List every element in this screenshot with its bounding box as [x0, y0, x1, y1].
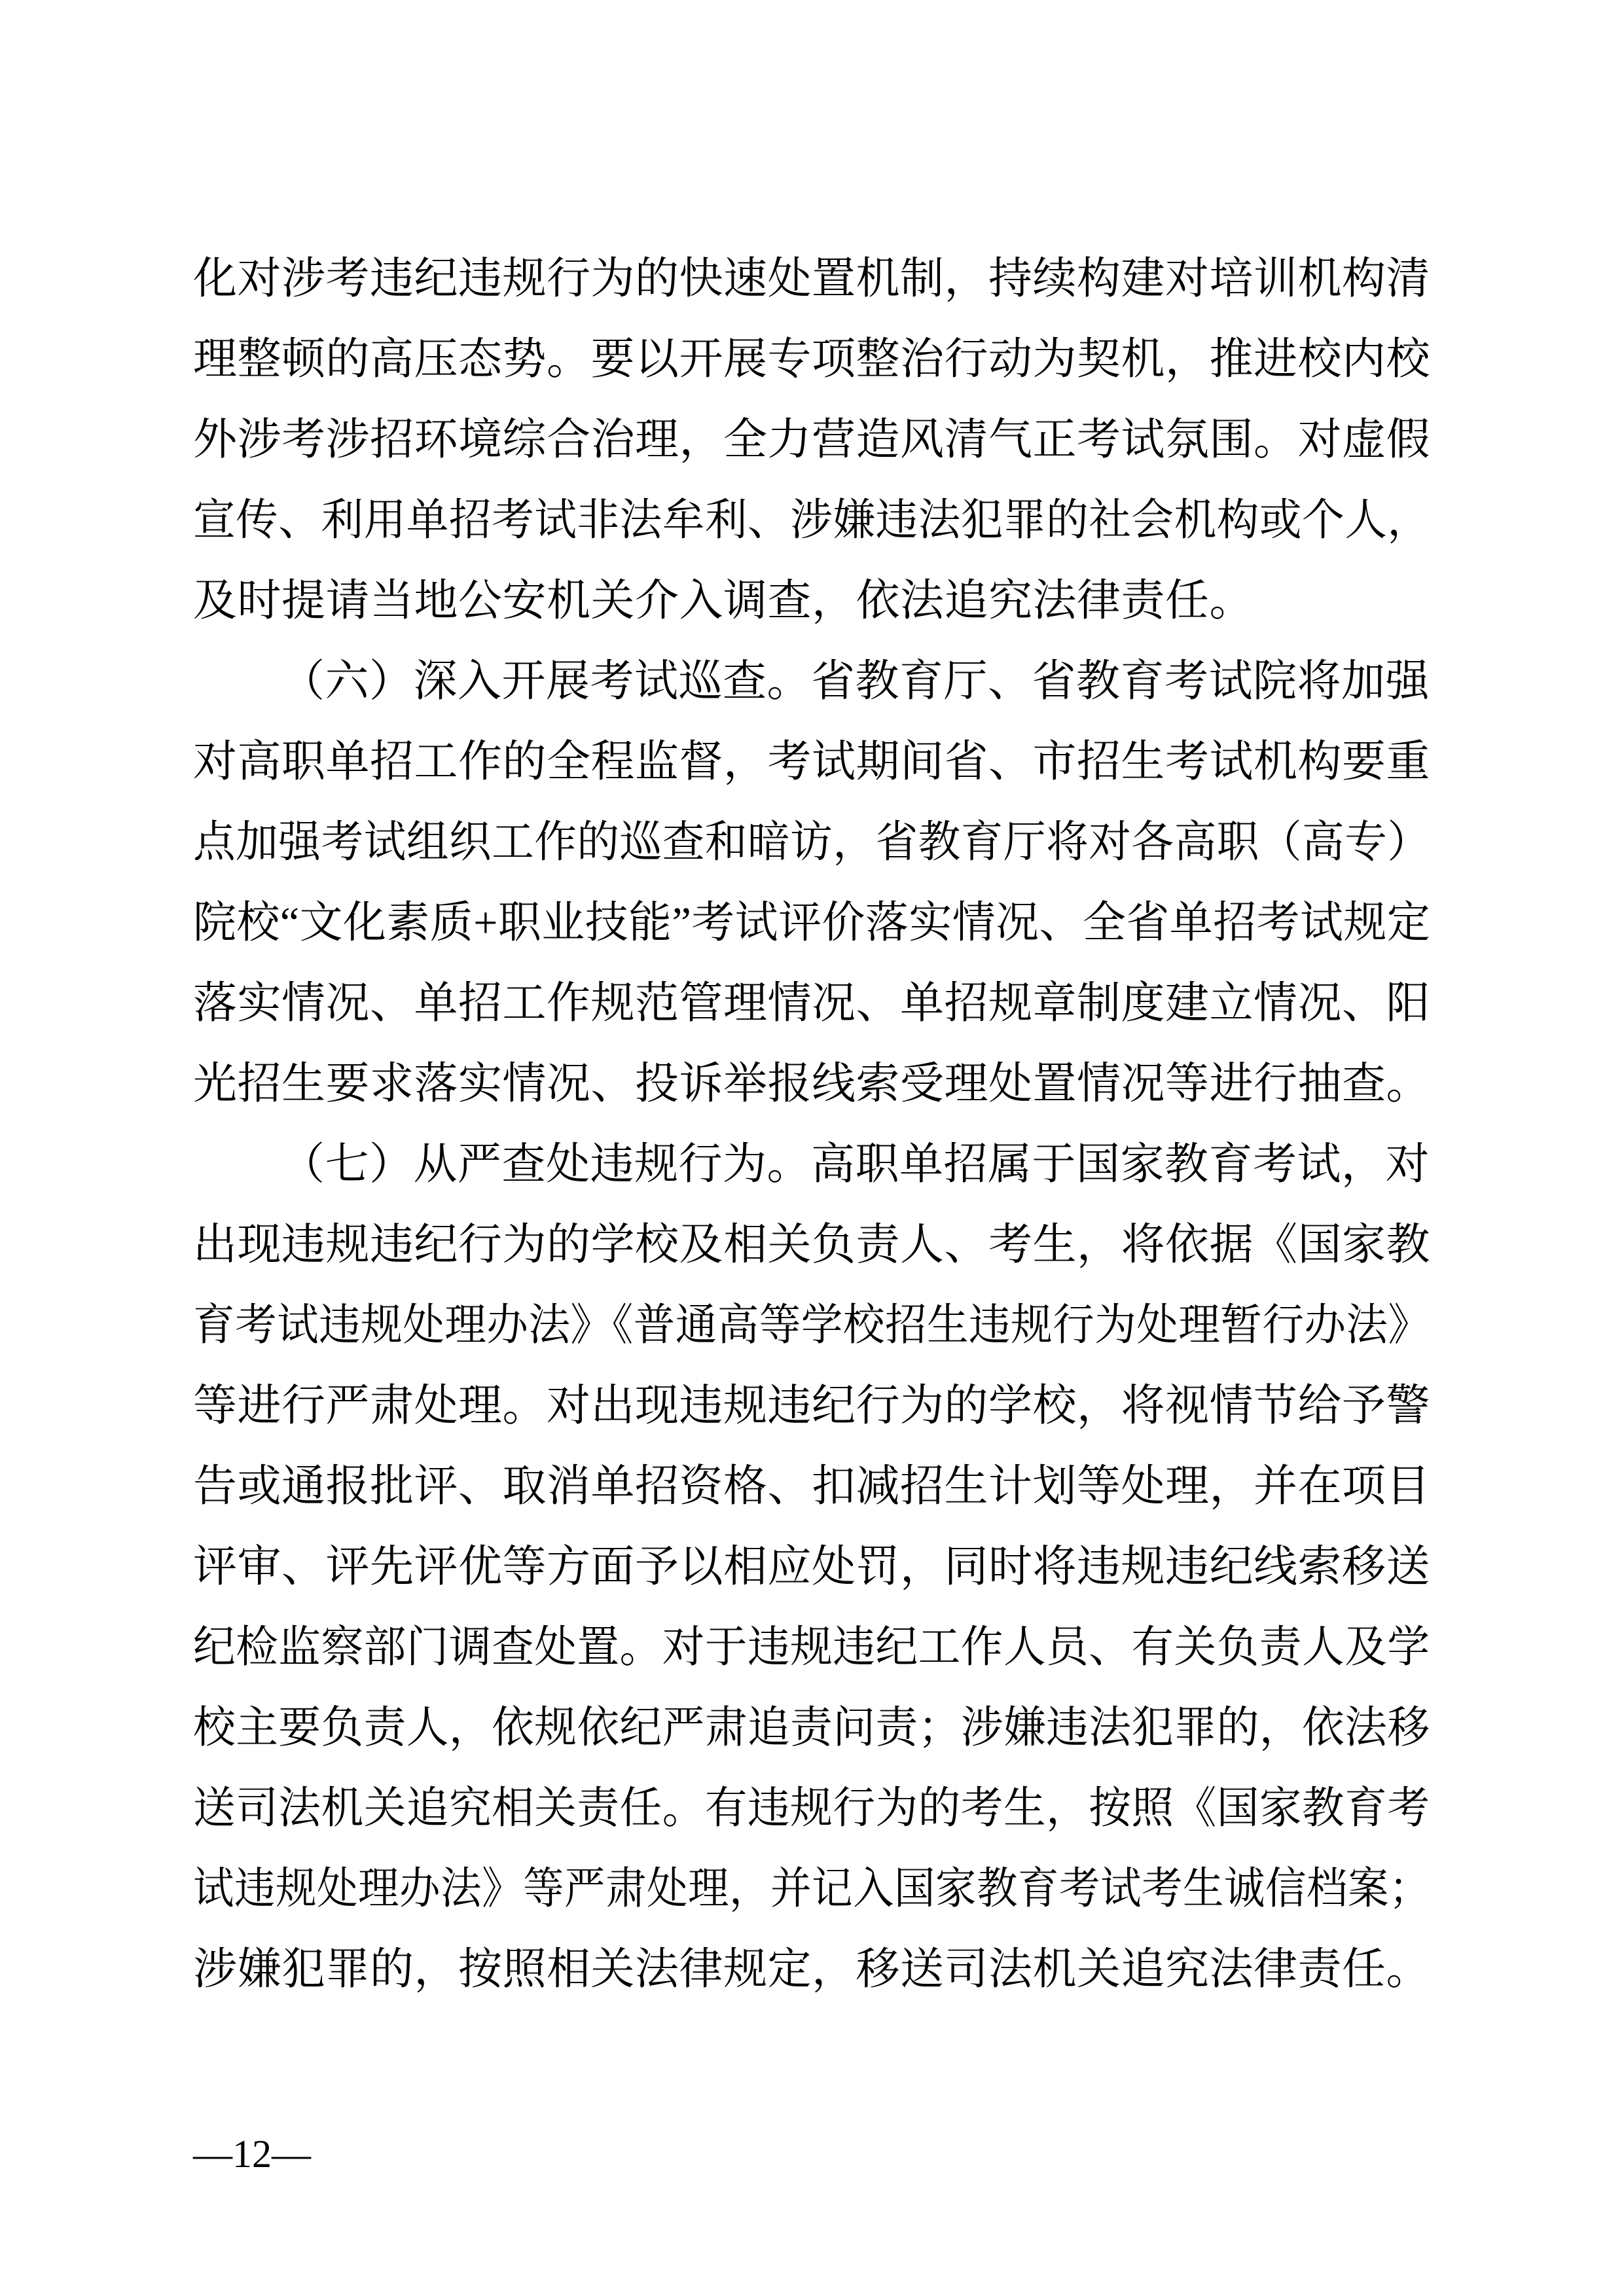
body-text: 对高职单招工作的全程监督，考试期间省、市招生考试机构要重: [193, 738, 1430, 786]
text-line: （七）从严查处违规行为。高职单招属于国家教育考试，对: [193, 1124, 1430, 1205]
text-line: 对高职单招工作的全程监督，考试期间省、市招生考试机构要重: [193, 722, 1430, 802]
text-line: 涉嫌犯罪的，按照相关法律规定，移送司法机关追究法律责任。: [193, 1929, 1430, 2010]
text-line: 及时提请当地公安机关介入调查，依法追究法律责任。: [193, 561, 1430, 641]
text-line: 等进行严肃处理。对出现违规违纪行为的学校，将视情节给予警: [193, 1366, 1430, 1446]
body-text: 宣传、利用单招考试非法牟利、涉嫌违法犯罪的社会机构或个人，: [193, 496, 1430, 545]
text-line: 纪检监察部门调查处置。对于违规违纪工作人员、有关负责人及学: [193, 1607, 1387, 1688]
document-body: 化对涉考违纪违规行为的快速处置机制，持续构建对培训机构清理整顿的高压态势。要以开…: [193, 239, 1430, 2010]
page-footer: —12—: [193, 2132, 311, 2176]
text-line: 点加强考试组织工作的巡查和暗访，省教育厅将对各高职（高专）: [193, 802, 1387, 883]
body-text: 理整顿的高压态势。要以开展专项整治行动为契机，推进校内校: [193, 335, 1430, 384]
text-line: 光招生要求落实情况、投诉举报线索受理处置情况等进行抽查。: [193, 1044, 1430, 1124]
section-heading: （六）深入开展考试巡查。: [281, 657, 811, 706]
body-text: 及时提请当地公安机关介入调查，依法追究法律责任。: [193, 577, 1254, 625]
body-text: 光招生要求落实情况、投诉举报线索受理处置情况等进行抽查。: [193, 1060, 1430, 1108]
section-heading: （七）从严查处违规行为。: [281, 1140, 811, 1189]
document-page: 化对涉考违纪违规行为的快速处置机制，持续构建对培训机构清理整顿的高压态势。要以开…: [0, 0, 1624, 2296]
text-line: 理整顿的高压态势。要以开展专项整治行动为契机，推进校内校: [193, 319, 1430, 400]
body-text: 出现违规违纪行为的学校及相关负责人、考生，将依据《国家教: [193, 1221, 1430, 1269]
text-line: 化对涉考违纪违规行为的快速处置机制，持续构建对培训机构清: [193, 239, 1430, 319]
body-text: 等进行严肃处理。对出现违规违纪行为的学校，将视情节给予警: [193, 1382, 1430, 1430]
body-text: 试违规处理办法》等严肃处理，并记入国家教育考试考生诚信档案；: [193, 1865, 1430, 1913]
text-line: 试违规处理办法》等严肃处理，并记入国家教育考试考生诚信档案；: [193, 1849, 1348, 1929]
text-line: 育考试违规处理办法》《普通高等学校招生违规行为处理暂行办法》: [193, 1285, 1367, 1366]
text-line: 院校“文化素质+职业技能”考试评价落实情况、全省单招考试规定: [193, 883, 1411, 963]
text-line: 落实情况、单招工作规范管理情况、单招规章制度建立情况、阳: [193, 963, 1430, 1044]
text-line: 宣传、利用单招考试非法牟利、涉嫌违法犯罪的社会机构或个人，: [193, 480, 1387, 561]
body-text: 告或通报批评、取消单招资格、扣减招生计划等处理，并在项目: [193, 1462, 1430, 1511]
body-text: 涉嫌犯罪的，按照相关法律规定，移送司法机关追究法律责任。: [193, 1945, 1430, 1994]
body-text: 送司法机关追究相关责任。有违规行为的考生，按照《国家教育考: [193, 1784, 1430, 1833]
text-line: 送司法机关追究相关责任。有违规行为的考生，按照《国家教育考: [193, 1768, 1387, 1849]
text-line: 校主要负责人，依规依纪严肃追责问责；涉嫌违法犯罪的，依法移: [193, 1688, 1387, 1768]
text-line: 评审、评先评优等方面予以相应处罚，同时将违规违纪线索移送: [193, 1527, 1430, 1607]
body-text: 校主要负责人，依规依纪严肃追责问责；涉嫌违法犯罪的，依法移: [193, 1704, 1430, 1752]
text-line: 出现违规违纪行为的学校及相关负责人、考生，将依据《国家教: [193, 1205, 1430, 1285]
text-line: 告或通报批评、取消单招资格、扣减招生计划等处理，并在项目: [193, 1446, 1430, 1527]
body-text: 评审、评先评优等方面予以相应处罚，同时将违规违纪线索移送: [193, 1543, 1430, 1591]
body-text: 省教育厅、省教育考试院将加强: [811, 657, 1430, 706]
body-text: 落实情况、单招工作规范管理情况、单招规章制度建立情况、阳: [193, 979, 1430, 1028]
text-line: 外涉考涉招环境综合治理，全力营造风清气正考试氛围。对虚假: [193, 400, 1430, 480]
body-text: 纪检监察部门调查处置。对于违规违纪工作人员、有关负责人及学: [193, 1623, 1430, 1672]
text-line: （六）深入开展考试巡查。省教育厅、省教育考试院将加强: [193, 641, 1430, 722]
body-text: 外涉考涉招环境综合治理，全力营造风清气正考试氛围。对虚假: [193, 416, 1430, 464]
body-text: 点加强考试组织工作的巡查和暗访，省教育厅将对各高职（高专）: [193, 818, 1430, 867]
body-text: 化对涉考违纪违规行为的快速处置机制，持续构建对培训机构清: [193, 255, 1430, 303]
body-text: 高职单招属于国家教育考试，对: [811, 1140, 1430, 1189]
body-text: 院校“文化素质+职业技能”考试评价落实情况、全省单招考试规定: [193, 899, 1430, 947]
page-number: —12—: [193, 2132, 311, 2176]
body-text: 育考试违规处理办法》《普通高等学校招生违规行为处理暂行办法》: [193, 1301, 1430, 1350]
